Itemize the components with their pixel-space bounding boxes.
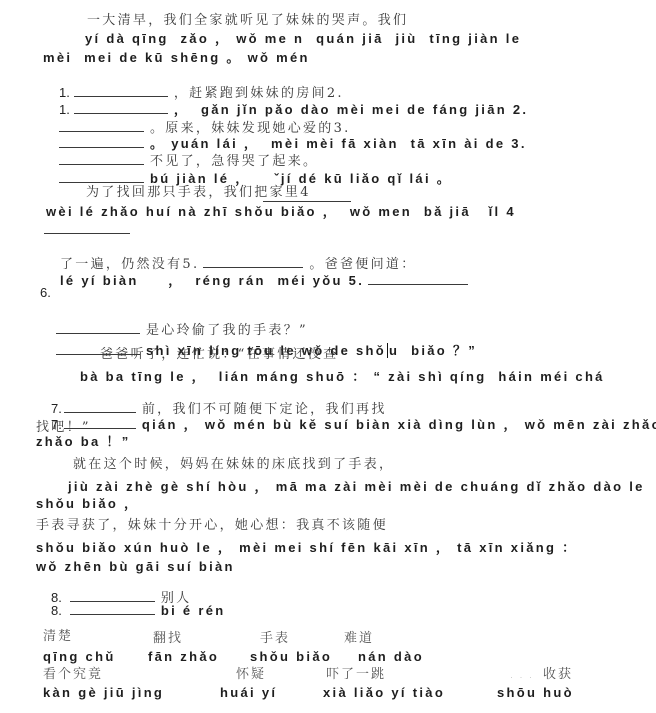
question-7-hanzi: 7.前，我们不可随便下定论，我们再找 xyxy=(35,384,387,400)
story-line-pinyin: shǒu biǎo xún huò le ， mèi mei shí fēn k… xyxy=(36,540,577,556)
word-bank-pinyin: xià liǎo yí tiào xyxy=(323,685,445,701)
question-6-pinyin: shì xīn líng tōu le wǒ de shǒu biǎo ？” xyxy=(40,326,477,342)
faint-dots: · · · xyxy=(510,672,534,682)
question-1-pinyin: 1.， gǎn jǐn pǎo dào mèi mei de fáng jiān… xyxy=(43,85,528,101)
question-7-pinyin: 7.qián ， wǒ mén bù kě suí biàn xià dìng … xyxy=(35,400,656,416)
story-line-hanzi: 手表寻获了，妹妹十分开心，她心想：我真不该随便 xyxy=(36,518,388,534)
word-bank-pinyin: nán dào xyxy=(358,649,424,665)
word-bank-hanzi: 翻找 xyxy=(153,631,183,647)
word-bank-pinyin: shǒu biǎo xyxy=(250,649,332,665)
question-number: 6. xyxy=(40,285,51,301)
question-1-hanzi: 1.，赶紧跑到妹妹的房间2. xyxy=(43,68,344,84)
answer-blank xyxy=(70,602,155,615)
text-cursor xyxy=(387,343,388,358)
story-line-hanzi: 一大清早，我们全家就听见了妹妹的哭声。我们 xyxy=(87,13,408,29)
question-3-hanzi: 不见了，急得哭了起来。 xyxy=(43,136,318,152)
story-text: bi é rén xyxy=(161,603,226,618)
question-6-hanzi: 是心玲偷了我的手表？” xyxy=(40,305,308,321)
word-bank-hanzi: 看个究竟 xyxy=(43,667,103,683)
question-3-pinyin: bú jiàn lé ， ˇjí dé kū liǎo qǐ lái 。 xyxy=(43,154,452,170)
word-bank-hanzi: 吓了一跳 xyxy=(326,667,386,683)
story-line-hanzi: 爸爸听了，连忙说：“在事情还没查 xyxy=(100,347,338,363)
question-8-pinyin: 8.bi é rén xyxy=(35,586,225,602)
story-line-pinyin: bà ba tīng le ， lián máng shuō ： “ zài s… xyxy=(80,369,605,385)
word-bank-pinyin: kàn gè jiū jìng xyxy=(43,685,164,701)
question-5-hanzi: 了一遍，仍然没有5.。爸爸便问道： xyxy=(44,239,417,255)
question-2-hanzi: 。原来，妹妹发现她心爱的3. xyxy=(43,103,351,119)
question-2-pinyin: 。 yuán lái ， mèi mèi fā xiàn tā xīn ài d… xyxy=(43,119,527,135)
question-number: 8. xyxy=(51,603,62,618)
story-line-pinyin: mèi mei de kū shēng 。 wǒ mén xyxy=(43,50,310,66)
answer-blank xyxy=(368,272,468,285)
story-line-pinyin: jiù zài zhè gè shí hòu ， mā ma zài mèi m… xyxy=(68,479,645,495)
word-bank-hanzi: 难道 xyxy=(344,631,374,647)
story-line-hanzi: 为了找回那只手表，我们把家里4 xyxy=(86,185,311,201)
word-bank-hanzi: 手表 xyxy=(260,631,290,647)
word-bank-hanzi: 收获 xyxy=(543,667,573,683)
answer-blank xyxy=(59,170,144,183)
story-line-pinyin: zhǎo ba ！” xyxy=(36,434,131,450)
story-line-hanzi: 就在这个时候，妈妈在妹妹的床底找到了手表， xyxy=(73,457,394,473)
answer-blank xyxy=(44,232,130,234)
worksheet-page: 一大清早，我们全家就听见了妹妹的哭声。我们 yí dà qīng zǎo ， w… xyxy=(0,0,656,713)
answer-blank xyxy=(263,200,351,202)
word-bank-pinyin: fān zhǎo xyxy=(148,649,219,665)
word-bank-pinyin: qīng chǔ xyxy=(43,649,116,665)
story-line-pinyin: shǒu biǎo ， xyxy=(36,496,139,512)
story-line-pinyin: wèi lé zhǎo huí nà zhī shǒu biǎo ， wǒ me… xyxy=(46,204,516,220)
story-text: qián ， wǒ mén bù kě suí biàn xià dìng lù… xyxy=(142,417,656,432)
question-5-pinyin: lé yí biàn ， réng rán méi yǒu 5. xyxy=(44,256,474,272)
story-text: lé yí biàn ， réng rán méi yǒu 5. xyxy=(60,273,364,288)
story-text: bú jiàn lé ， ˇjí dé kū liǎo qǐ lái 。 xyxy=(150,171,452,186)
word-bank-hanzi: 怀疑 xyxy=(236,667,266,683)
word-bank-pinyin: shōu huò xyxy=(497,685,574,701)
story-line-pinyin: yí dà qīng zǎo ， wǒ me n quán jiā jiù tī… xyxy=(85,31,521,47)
word-bank-hanzi: 清楚 xyxy=(43,629,73,645)
word-bank-pinyin: huái yí xyxy=(220,685,277,701)
story-text: u biǎo ？” xyxy=(389,343,477,358)
